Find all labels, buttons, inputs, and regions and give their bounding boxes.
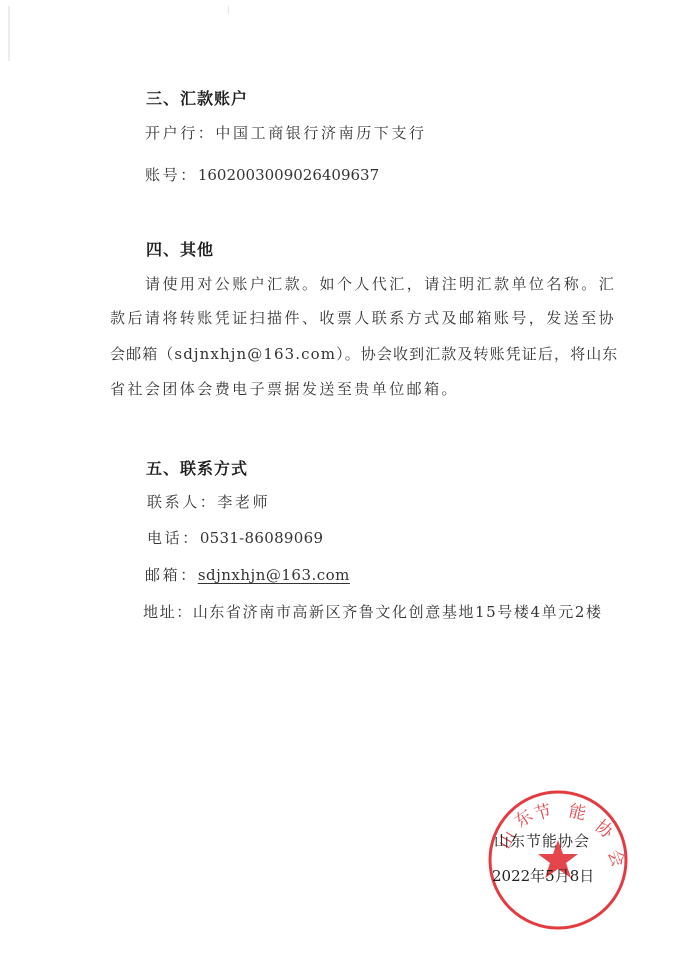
scan-artifact [8,6,10,61]
account-label: 账号： [145,166,198,184]
email-label: 邮箱： [145,566,198,584]
phone-value: 0531-86089069 [200,529,324,547]
svg-text:能: 能 [567,801,588,824]
paragraph-line: 请使用对公账户汇款。如个人代汇，请注明汇款单位名称。汇 [145,273,616,294]
svg-text:节: 节 [532,801,554,825]
official-seal-stamp: 山 东 节 能 协 会 [486,788,630,932]
paragraph-line: 会邮箱（sdjnxhjn@163.com）。协会收到汇款及转账凭证后，将山东 [110,343,618,364]
email-line: 邮箱：sdjnxhjn@163.com [145,564,350,585]
contact-value: 李老师 [217,493,270,511]
address-value: 山东省济南市高新区齐鲁文化创意基地15号楼4单元2楼 [193,603,603,621]
signature-organization: 山东节能协会 [494,830,590,851]
paragraph-line: 省社会团体会费电子票据发送至贵单位邮箱。 [110,378,459,399]
account-line: 账号：1602003009026409637 [145,164,379,185]
scan-artifact [228,6,229,14]
bank-line: 开户行：中国工商银行济南历下支行 [145,122,427,143]
section3-heading: 三、汇款账户 [146,86,248,109]
email-link[interactable]: sdjnxhjn@163.com [198,566,350,584]
document-page: 三、汇款账户 开户行：中国工商银行济南历下支行 账号：1602003009026… [0,0,692,979]
contact-line: 联系人：李老师 [147,491,270,512]
paragraph-line: 款后请将转账凭证扫描件、收票人联系方式及邮箱账号，发送至协 [110,307,616,328]
bank-value: 中国工商银行济南历下支行 [215,124,426,142]
section4-heading: 四、其他 [146,237,214,260]
phone-label: 电话： [147,529,200,547]
phone-line: 电话：0531-86089069 [147,527,323,548]
signature-date: 2022年5月8日 [492,865,594,886]
contact-label: 联系人： [147,493,217,511]
bank-label: 开户行： [145,124,215,142]
address-line: 地址：山东省济南市高新区齐鲁文化创意基地15号楼4单元2楼 [143,601,603,622]
section5-heading: 五、联系方式 [146,456,248,479]
account-value: 1602003009026409637 [198,166,379,184]
address-label: 地址： [143,603,193,621]
